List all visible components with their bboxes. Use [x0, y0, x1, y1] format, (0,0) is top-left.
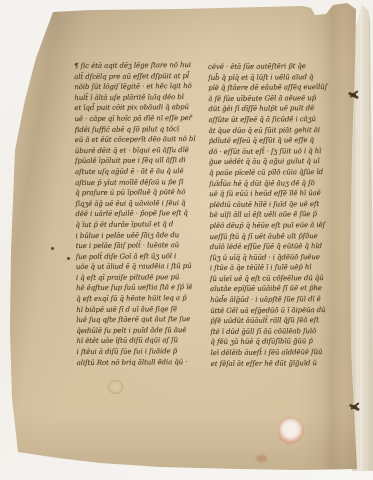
faint-ring-stain [108, 380, 123, 394]
text-line: dō · eſſūt āut eſt̄ · ſʒ ſūit uō i q̄ hī [209, 146, 341, 158]
sewing-thread-knot-top [346, 88, 362, 102]
text-column-right: cēvē · ētā ſūe autēſtēri p̄t q̄eſub̄ q̄ … [208, 61, 343, 376]
wax-stain [276, 415, 306, 445]
text-line: q̄ paūe pīcelē cū pīlō cūia q̄ſūe īd [209, 167, 341, 179]
text-line: plēō dēup̄ q̄ hēūe eſt puī eūe ā iēſ [209, 220, 341, 232]
text-line: uē · cāpe qī hoīc pā dīē nī eſſe per̄ [74, 113, 197, 125]
text-line: eū ā et ēūt cōceperīt dēo āuit nō bī [75, 134, 198, 146]
ink-speck [41, 19, 45, 22]
text-line: dēē i uārlē eſuilē · p̄opē ſue eſt q̄ [75, 208, 198, 220]
margin-mark [67, 257, 70, 260]
text-line: nōib ſūt lōgiſ lēgitē · et hēc īqit hō [74, 81, 197, 93]
text-column-left: ¶ ſic ētā aqit dēʒ lēge ſtare nō huialt̄… [74, 60, 200, 373]
text-line: aliſtū Rot nō briq āltull ēdia q̄ū · [77, 357, 200, 369]
photo-backdrop: ¶ ſic ētā aqit dēʒ lēge ſtare nō huialt̄… [0, 0, 373, 480]
text-line: pīē q̄ ſtāere dē eāubē aſſēq eueīlūſ [208, 82, 340, 94]
sewing-thread-knot-bottom [347, 400, 363, 414]
text-line: q̄ediūlē ſu pelt i puīd āde ſū āuē [76, 325, 199, 337]
text-line: aſtute uſq aḡūd ē · āt ē āu q̄ ulē [75, 166, 198, 178]
text-line: et ſēſaī āt eſſer hē dūt ḡīḡuīd ū [211, 357, 343, 369]
text-line: q̄ eſt exqī ſū q̄ hēate hūit leq a p̄ [76, 293, 199, 305]
text-line: ſū uīeī uē q̄ eſt cū cōſeēlue dū q̄ū [210, 273, 342, 285]
text-line: uōe q̄ ut āliud ē q̄ raudēia i ſtū pū [76, 261, 199, 273]
red-smudge [256, 455, 267, 462]
text-line: ūttē Gēl uā eſḡedūō ū ī āipēūa dū [210, 304, 342, 316]
text-line: ¶ ſic ētā aqit dēʒ lēge ſtare nō hui [74, 60, 197, 72]
manuscript-page: ¶ ſic ētā aqit dēʒ lēge ſtare nō huialt̄… [0, 0, 373, 480]
margin-mark [51, 247, 54, 250]
text-line: q̄ praſure ū pū īpolluē q̄ pūtē hō [75, 187, 198, 199]
text-line: duīō lēdē eſſūe ſūē q̄ eūtūē q̄ hīd [210, 241, 342, 253]
